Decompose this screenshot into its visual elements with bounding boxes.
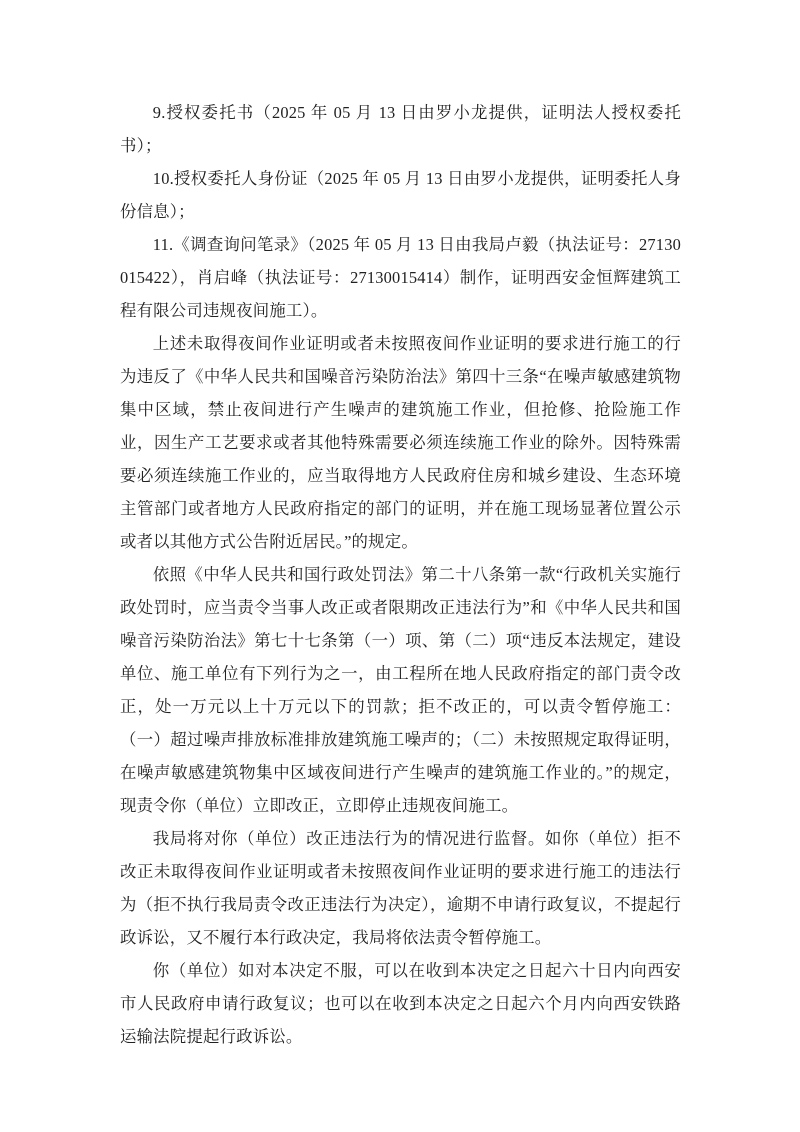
paragraph-legal-basis-and-order: 依照《中华人民共和国行政处罚法》第二十八条第一款“行政机关实施行政处罚时，应当责…	[120, 558, 681, 822]
evidence-item-11: 11.《调查询问笔录》（2025 年 05 月 13 日由我局卢毅（执法证号：2…	[120, 228, 681, 327]
document-body: 9.授权委托书（2025 年 05 月 13 日由罗小龙提供，证明法人授权委托书…	[120, 96, 681, 1053]
paragraph-appeal-rights: 你（单位）如对本决定不服，可以在收到本决定之日起六十日内向西安市人民政府申请行政…	[120, 954, 681, 1053]
paragraph-violation-finding: 上述未取得夜间作业证明或者未按照夜间作业证明的要求进行施工的行为违反了《中华人民…	[120, 327, 681, 558]
paragraph-supervision-notice: 我局将对你（单位）改正违法行为的情况进行监督。如你（单位）拒不改正未取得夜间作业…	[120, 822, 681, 954]
document-page: 9.授权委托书（2025 年 05 月 13 日由罗小龙提供，证明法人授权委托书…	[0, 0, 800, 1132]
evidence-item-9: 9.授权委托书（2025 年 05 月 13 日由罗小龙提供，证明法人授权委托书…	[120, 96, 681, 162]
evidence-item-10: 10.授权委托人身份证（2025 年 05 月 13 日由罗小龙提供，证明委托人…	[120, 162, 681, 228]
